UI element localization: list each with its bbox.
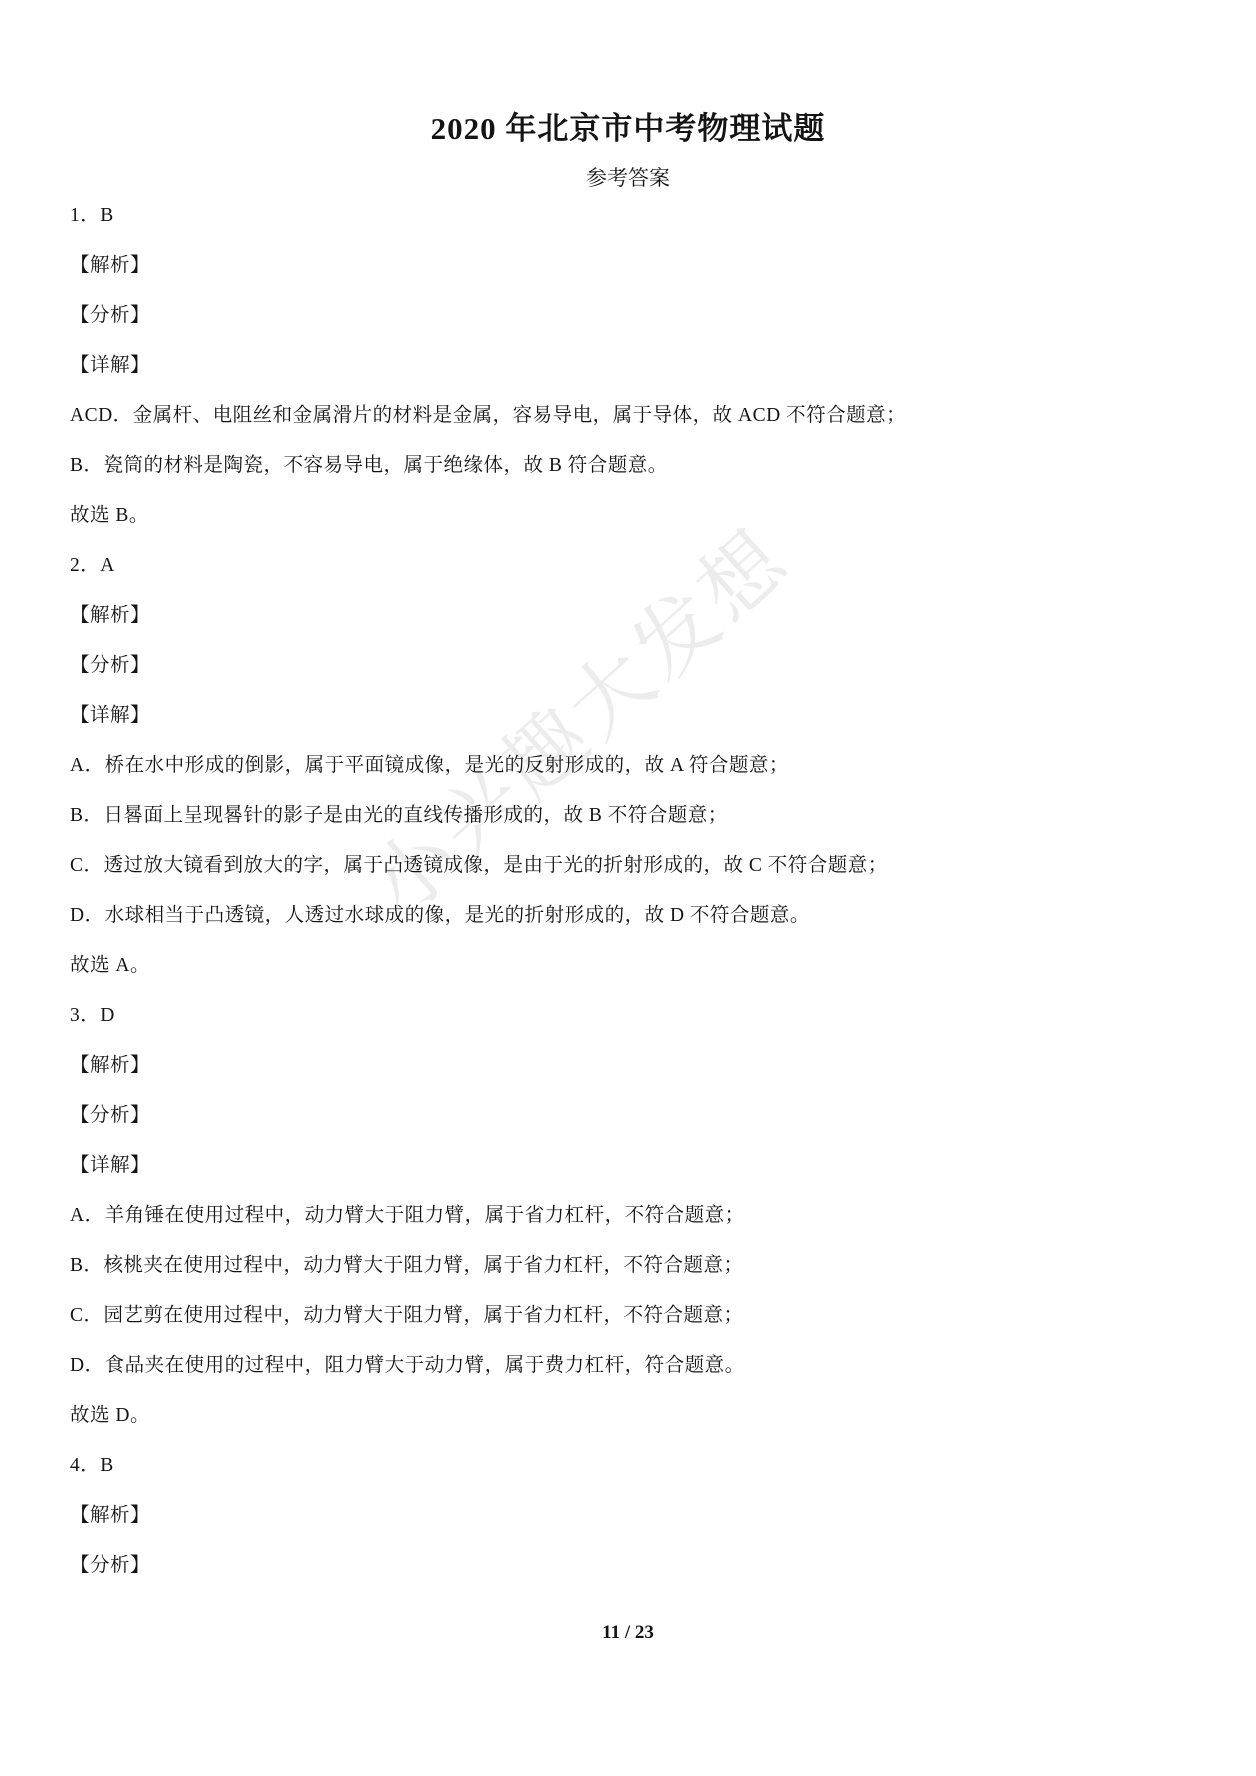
answer-line: 【分析】 (70, 1091, 1186, 1141)
answer-line: D．食品夹在使用的过程中，阻力臂大于动力臂，属于费力杠杆，符合题意。 (70, 1341, 1186, 1391)
answer-line: 【解析】 (70, 1491, 1186, 1541)
answer-line: 3．D (70, 991, 1186, 1041)
answer-line: ACD．金属杆、电阻丝和金属滑片的材料是金属，容易导电，属于导体，故 ACD 不… (70, 391, 1186, 441)
answer-line: C．透过放大镜看到放大的字，属于凸透镜成像，是由于光的折射形成的，故 C 不符合… (70, 841, 1186, 891)
answer-line: A．桥在水中形成的倒影，属于平面镜成像，是光的反射形成的，故 A 符合题意； (70, 741, 1186, 791)
answer-line: 故选 A。 (70, 941, 1186, 991)
answer-line: 【分析】 (70, 641, 1186, 691)
answer-line: 【详解】 (70, 341, 1186, 391)
answer-line: 【解析】 (70, 1041, 1186, 1091)
answer-line: B．日晷面上呈现晷针的影子是由光的直线传播形成的，故 B 不符合题意； (70, 791, 1186, 841)
answer-line: 【解析】 (70, 591, 1186, 641)
answer-line: 故选 D。 (70, 1391, 1186, 1441)
page-number: 11 / 23 (0, 1622, 1256, 1644)
answer-line: 【分析】 (70, 1541, 1186, 1591)
answer-line: C．园艺剪在使用过程中，动力臂大于阻力臂，属于省力杠杆，不符合题意； (70, 1291, 1186, 1341)
answer-line: 1．B (70, 191, 1186, 241)
answer-line: D．水球相当于凸透镜，人透过水球成的像，是光的折射形成的，故 D 不符合题意。 (70, 891, 1186, 941)
answer-line: 4．B (70, 1441, 1186, 1491)
document-body: 2020 年北京市中考物理试题 参考答案 1．B 【解析】 【分析】 【详解】 … (0, 0, 1256, 1776)
answer-line: A．羊角锤在使用过程中，动力臂大于阻力臂，属于省力杠杆，不符合题意； (70, 1191, 1186, 1241)
document-page: { "page": { "title": "2020 年北京市中考物理试题", … (0, 0, 1256, 1776)
answer-line: 【详解】 (70, 691, 1186, 741)
answer-line: 2．A (70, 541, 1186, 591)
answer-line: B．瓷筒的材料是陶瓷，不容易导电，属于绝缘体，故 B 符合题意。 (70, 441, 1186, 491)
answer-line: 【分析】 (70, 291, 1186, 341)
answer-line: 故选 B。 (70, 491, 1186, 541)
answer-content: 1．B 【解析】 【分析】 【详解】 ACD．金属杆、电阻丝和金属滑片的材料是金… (70, 191, 1186, 1591)
answer-line: 【详解】 (70, 1141, 1186, 1191)
page-title: 2020 年北京市中考物理试题 (70, 0, 1186, 148)
answer-line: 【解析】 (70, 241, 1186, 291)
answer-line: B．核桃夹在使用过程中，动力臂大于阻力臂，属于省力杠杆，不符合题意； (70, 1241, 1186, 1291)
page-subtitle: 参考答案 (70, 166, 1186, 190)
